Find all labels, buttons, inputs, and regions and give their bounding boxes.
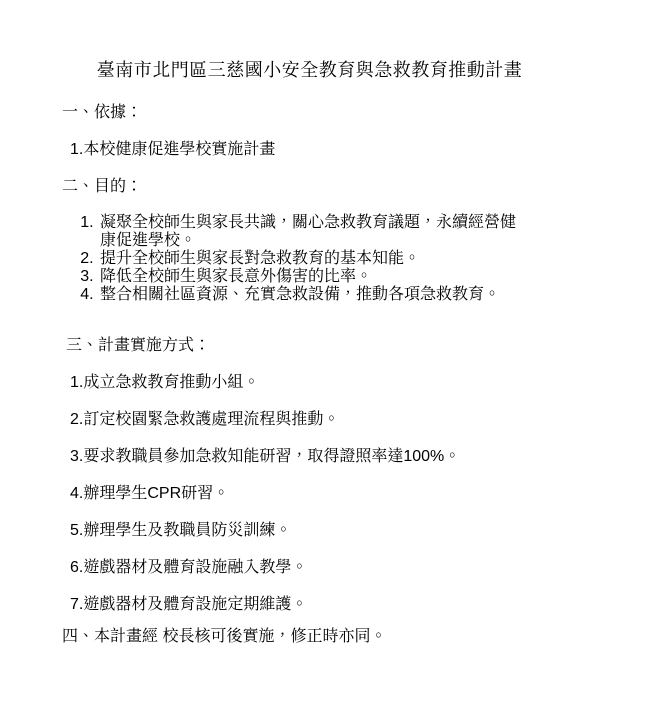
purpose-list-item: 整合相關社區資源、充實急救設備，推動各項急救教育。	[98, 286, 522, 304]
implementation-item: 6.遊戲器材及體育設施融入教學。	[70, 558, 557, 577]
implementation-item: 2.訂定校園緊急救護處理流程與推動。	[70, 410, 557, 429]
section-approval-text: 四、本計畫經 校長核可後實施，修正時亦同。	[62, 627, 557, 646]
implementation-item: 4.辦理學生CPR研習。	[70, 484, 557, 503]
section-basis-item: 1.本校健康促進學校實施計畫	[70, 140, 557, 159]
section-implementation-heading: 三、計畫實施方式：	[66, 336, 557, 355]
purpose-list-item: 降低全校師生與家長意外傷害的比率。	[98, 268, 522, 286]
section-basis-heading: 一、依據：	[62, 103, 557, 122]
implementation-item: 7.遊戲器材及體育設施定期維護。	[70, 595, 557, 614]
document-page: 臺南市北門區三慈國小安全教育與急救教育推動計畫 一、依據： 1.本校健康促進學校…	[0, 0, 657, 727]
section-purpose-heading: 二、目的：	[62, 177, 557, 196]
implementation-item: 5.辦理學生及教職員防災訓練。	[70, 521, 557, 540]
implementation-item: 3.要求教職員參加急救知能研習，取得證照率達100%。	[70, 447, 557, 466]
purpose-list-item: 提升全校師生與家長對急救教育的基本知能。	[98, 250, 522, 268]
implementation-item: 1.成立急救教育推動小組。	[70, 373, 557, 392]
purpose-list: 凝聚全校師生與家長共識，關心急救教育議題，永續經營健康促進學校。 提升全校師生與…	[62, 214, 522, 304]
document-title: 臺南市北門區三慈國小安全教育與急救教育推動計畫	[62, 58, 557, 82]
purpose-list-item: 凝聚全校師生與家長共識，關心急救教育議題，永續經營健康促進學校。	[98, 214, 522, 250]
